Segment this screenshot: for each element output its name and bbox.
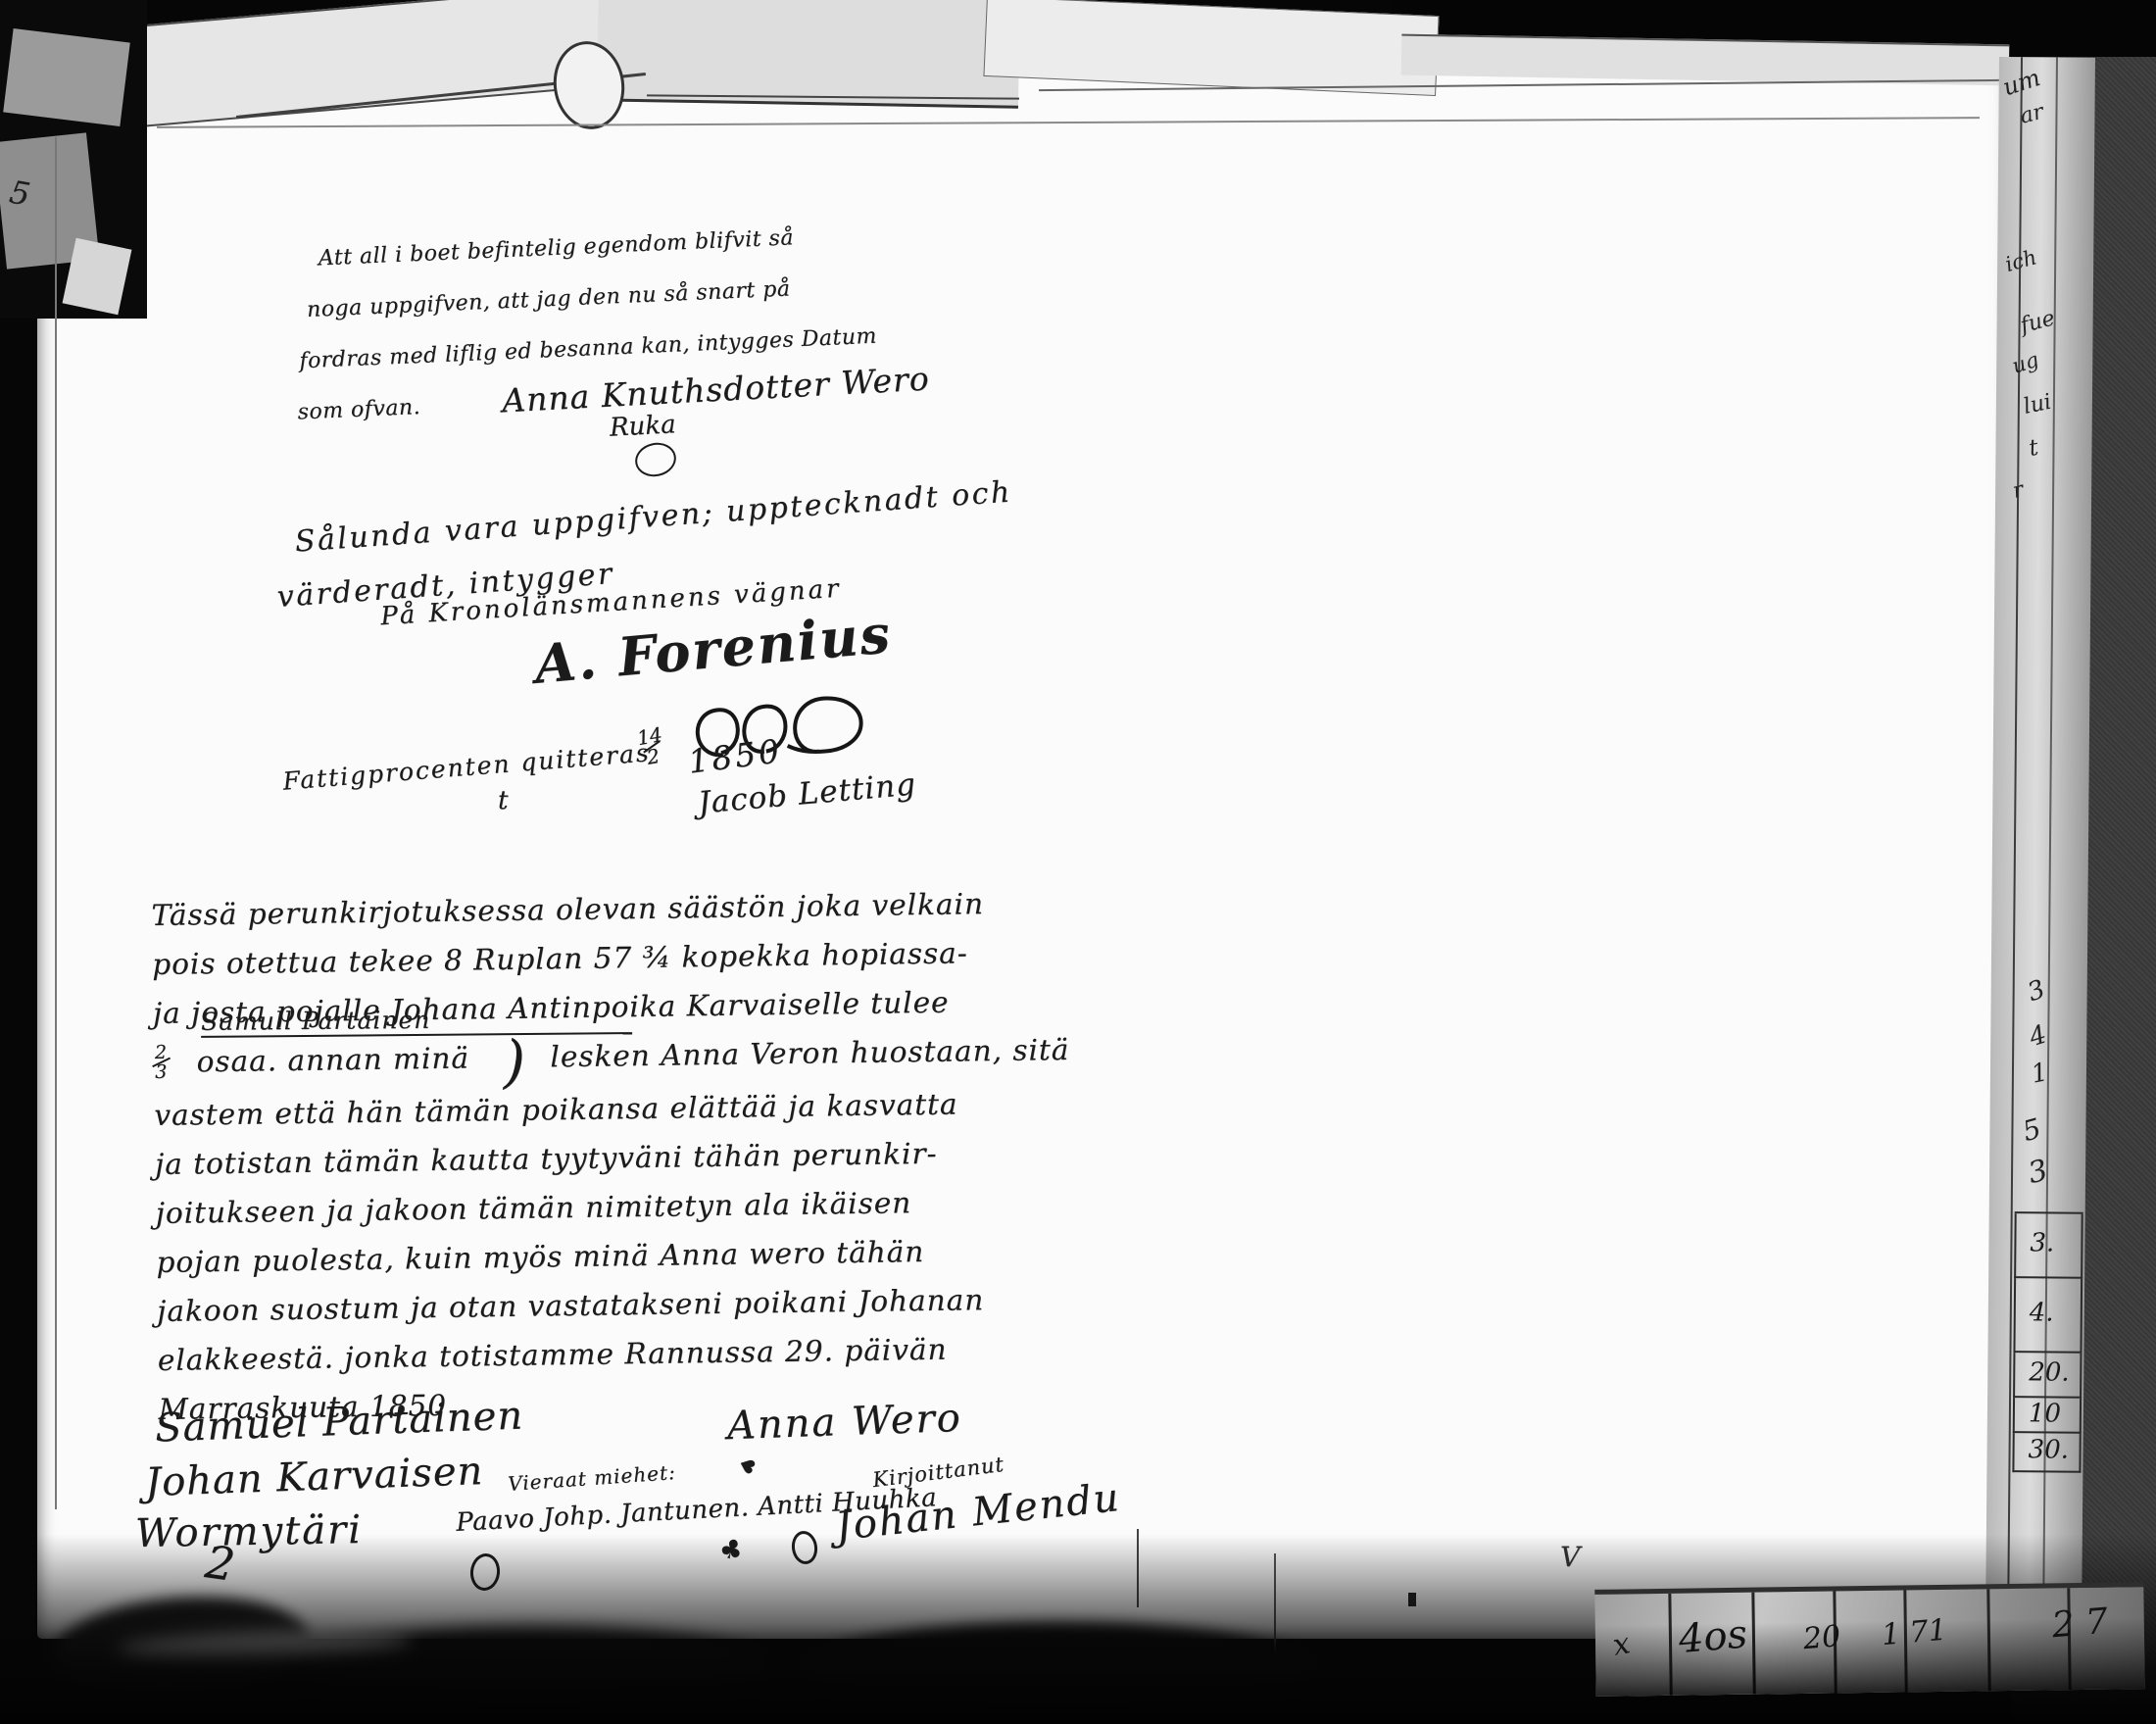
top-page-edges	[0, 0, 2156, 167]
crease-line	[55, 137, 57, 1509]
edge-fragment: ug	[2009, 348, 2041, 378]
two-thirds-fraction: 2 3	[151, 1044, 171, 1081]
edge-cell: 30.	[2012, 1433, 2081, 1473]
edge-number-column: 3. 4. 20. 10 30.	[2012, 1211, 2082, 1473]
paper-edge-strip	[597, 0, 1020, 109]
edge-fragment: ich	[2003, 245, 2039, 276]
edge-fragment: lui	[2022, 390, 2054, 419]
finnish-line-4-part2: lesken Anna Veron huostaan, sitä	[550, 1033, 1069, 1073]
fraction-denominator: 3	[155, 1063, 168, 1081]
finnish-line-4-part1: osaa. annan minä	[196, 1041, 469, 1078]
scanned-document: 5 Att all i boet befintelig egendom blif…	[0, 0, 2156, 1724]
top-left-corner: 5	[0, 0, 147, 319]
paper-fragment	[3, 28, 130, 126]
paper-fragment	[63, 238, 132, 316]
edge-cell: 20.	[2013, 1353, 2082, 1399]
edge-cell: 3.	[2014, 1213, 2083, 1279]
edge-fragment: t	[2027, 435, 2039, 462]
signature-place: Ruka	[609, 410, 676, 442]
finnish-statement: Tässä perunkirjotuksessa olevan säästön …	[151, 877, 1139, 1434]
edge-fragment: r	[2010, 477, 2026, 504]
correction-mark: t	[498, 786, 508, 815]
edge-fragment: fue	[2018, 306, 2057, 338]
anna-wero-signature: Anna Wero	[726, 1396, 962, 1449]
edge-digit: 3	[2024, 974, 2049, 1008]
edge-cell: 10	[2013, 1398, 2082, 1434]
adjacent-page-edges: um ar ich fue ug lui t r 3 4 1 5 3 3. 4.…	[1985, 57, 2095, 1673]
inserted-name-underlined: Samull Partainen	[201, 1004, 632, 1038]
bottom-page-edge-table: x 4os 20 1 71 2 7	[1594, 1582, 2144, 1697]
big-paren: )	[503, 1028, 527, 1095]
edge-digit: 4	[2026, 1020, 2050, 1054]
edge-fragment: ar	[2018, 100, 2046, 129]
edge-cell: 4.	[2013, 1278, 2082, 1354]
edge-digit: 5	[2019, 1112, 2044, 1149]
bottom-table-shade	[1594, 1587, 2144, 1697]
paper-edge-strip	[983, 0, 1439, 96]
edge-fragment: um	[1999, 64, 2043, 101]
